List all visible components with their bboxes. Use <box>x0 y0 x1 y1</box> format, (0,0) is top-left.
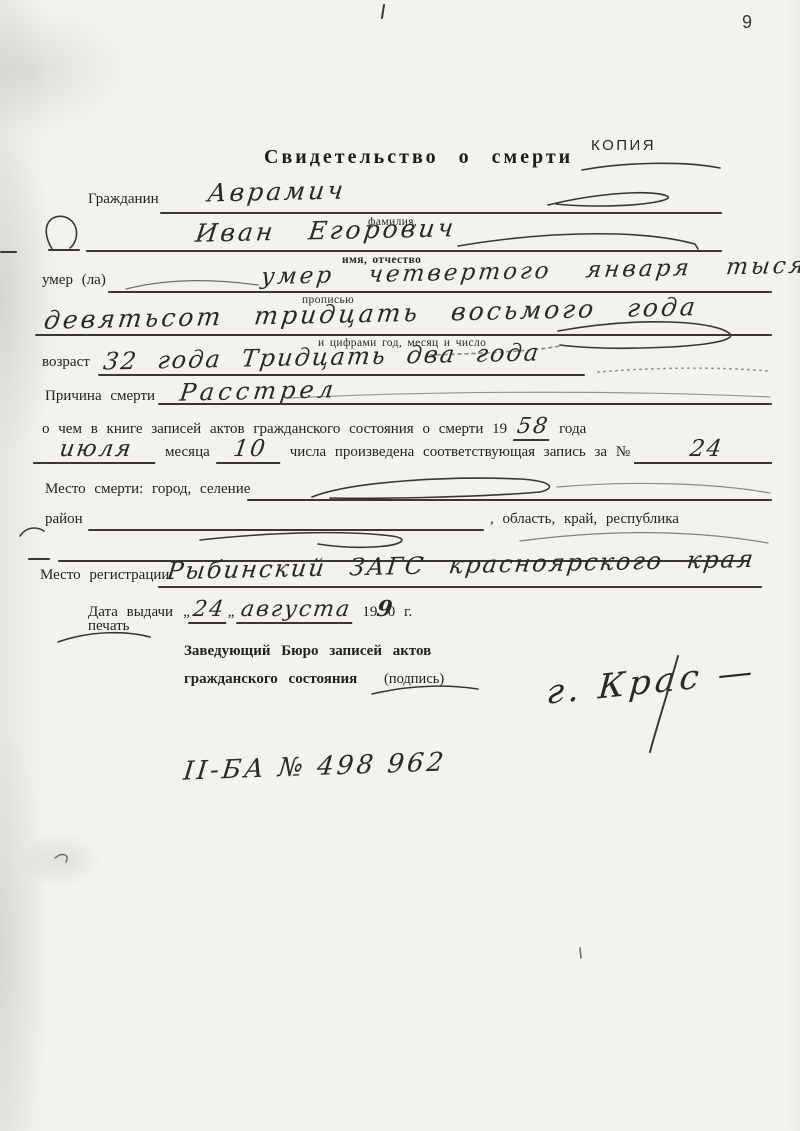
death-place-oval-flourish <box>312 478 550 498</box>
district-rule <box>88 529 484 531</box>
issue-day-handwritten: 24 <box>188 597 230 624</box>
registration-value-handwritten: Рыбинский ЗАГС красноярского края <box>166 545 757 585</box>
scan-tick-top <box>382 5 384 18</box>
scan-scribble-bottom-left <box>55 855 67 862</box>
age-rule <box>98 374 585 376</box>
registration-rule <box>158 586 762 588</box>
age-value-handwritten: 32 года Тридцать два года <box>102 338 542 375</box>
died-label: умер (ла) <box>42 272 106 289</box>
scanned-death-certificate: 9 КОПИЯ Свидетельство о смерти Гражданин… <box>0 0 800 1131</box>
issue-month-handwritten: августа <box>237 597 357 624</box>
age-rule-tail <box>598 368 768 372</box>
given-names-flourish <box>458 234 698 249</box>
blank-line-flourish-left <box>200 533 402 548</box>
died-line1-flourish <box>126 281 258 289</box>
blank-line-flourish-right <box>520 533 768 543</box>
district-label: район <box>45 511 83 528</box>
seal-label: печать <box>88 618 130 635</box>
margin-dash <box>0 251 17 253</box>
close-quote: „ <box>228 604 235 621</box>
citizen-label: Гражданин <box>88 191 159 208</box>
death-date-words-line1-handwritten: умер четвертого января тысяча <box>260 252 800 290</box>
death-place-rule <box>247 499 772 501</box>
died-line2-rule <box>35 334 772 336</box>
region-suffix-label: , область, край, республика <box>490 511 679 528</box>
page-number: 9 <box>742 12 752 33</box>
record-month-label: месяца <box>165 444 210 461</box>
issue-date-row: Дата выдачи „ 24 „ августа 19 9 0 г. <box>88 596 412 624</box>
record-day-handwritten: 10 <box>216 436 284 464</box>
cause-flourish <box>290 392 770 398</box>
form-number-handwritten: II-БА № 498 962 <box>182 747 448 786</box>
cause-value-handwritten: Расстрел <box>178 375 339 406</box>
surname-flourish <box>548 193 668 206</box>
cause-label: Причина смерти <box>45 388 155 405</box>
signature-label: (подпись) <box>384 671 444 688</box>
record-month-handwritten: июля <box>33 436 159 464</box>
registration-label: Место регистрации <box>40 567 169 584</box>
record-number-field: 24 <box>634 436 772 464</box>
record-line2: июля месяца 10 числа произведена соответ… <box>35 436 772 464</box>
death-date-words-line2-handwritten: девятьсот тридцать восьмого года <box>42 292 699 335</box>
cause-rule <box>158 403 772 405</box>
death-place-label: Место смерти: город, селение <box>45 481 250 498</box>
death-place-flourish-tail <box>557 483 770 493</box>
official-title-line2: гражданского состояния <box>184 671 357 688</box>
blank-line-tilde <box>20 528 44 536</box>
surname-handwritten: Аврамич <box>206 176 348 208</box>
age-label: возраст <box>42 354 90 371</box>
margin-loop <box>46 216 76 249</box>
record-line2-text: числа произведена соответствующая запись… <box>290 444 630 461</box>
document-title: Свидетельство о смерти <box>264 146 573 169</box>
copy-stamp: КОПИЯ <box>591 137 656 154</box>
blank-line-dash <box>28 558 50 560</box>
copy-stamp-underline <box>582 163 720 170</box>
given-names-rule <box>86 250 722 252</box>
given-names-handwritten: Иван Егорович <box>194 213 458 247</box>
scan-tick-bottom <box>580 948 581 958</box>
official-title-line1: Заведующий Бюро записей актов <box>184 643 431 660</box>
record-entry-number-handwritten: 24 <box>681 436 726 462</box>
margin-dash-2 <box>48 249 80 251</box>
signature-note-handwritten: г. Крас — <box>545 651 758 712</box>
